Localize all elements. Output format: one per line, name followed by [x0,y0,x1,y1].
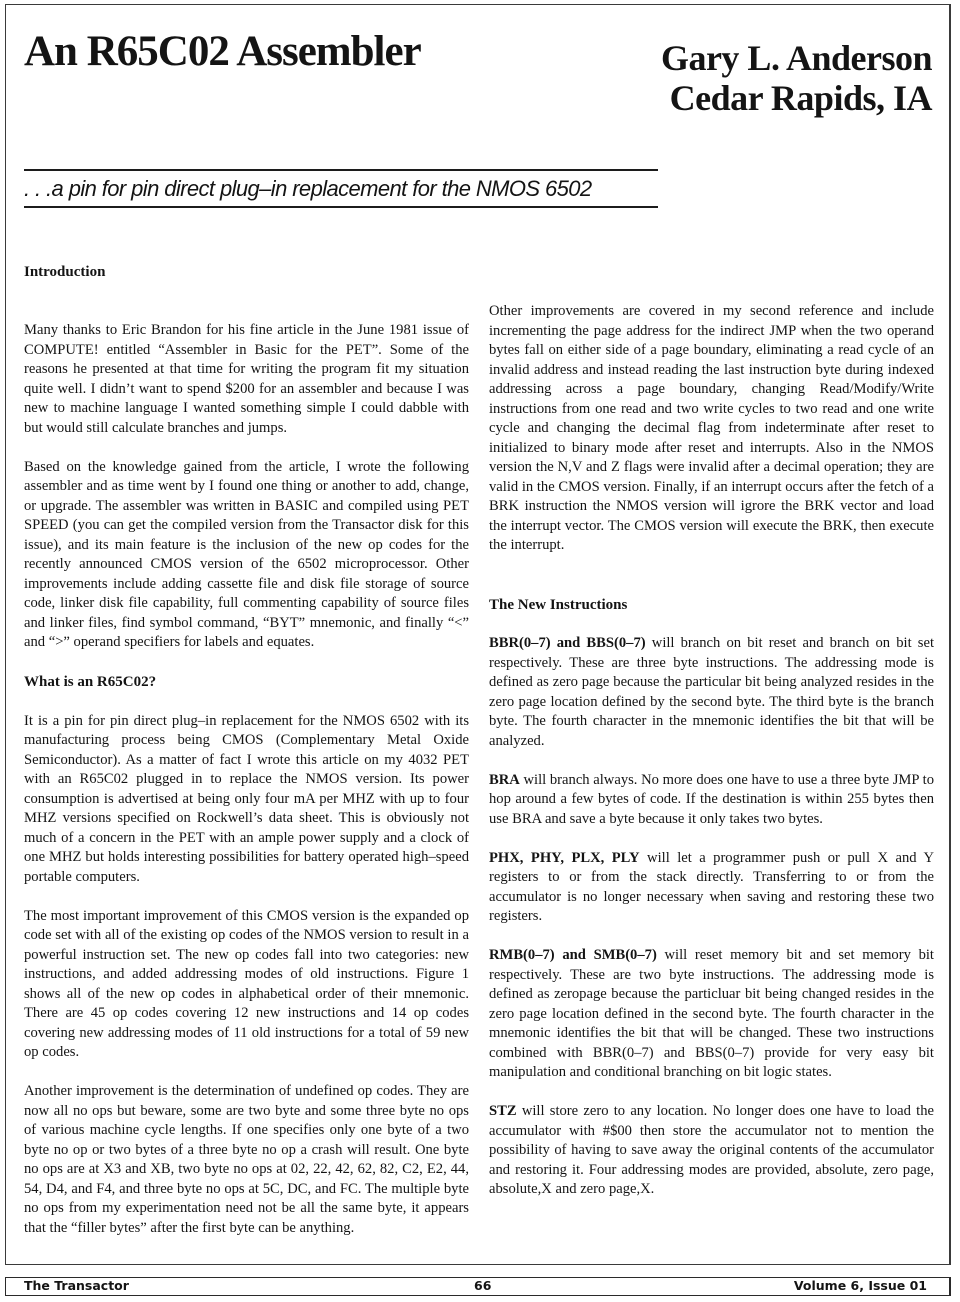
instruction-text: will branch always. No more does one hav… [489,772,934,827]
paragraph: Another improvement is the determination… [24,1082,469,1238]
article-title: An R65C02 Assembler [24,30,421,73]
paragraph: It is a pin for pin direct plug–in repla… [24,712,469,888]
instruction-paragraph-bbr-bbs: BBR(0–7) and BBS(0–7) will branch on bit… [489,634,934,751]
instruction-text: will reset memory bit and set memory bit… [489,947,934,1080]
tagline: . . .a pin for pin direct plug–in replac… [24,175,658,203]
tagline-rule-bottom [24,206,658,208]
right-column: Other improvements are covered in my sec… [489,302,934,1219]
page-number: 66 [474,1278,491,1294]
instruction-paragraph-bra: BRA will branch always. No more does one… [489,771,934,830]
paragraph: Other improvements are covered in my sec… [489,302,934,556]
section-heading-what-is-r65c02: What is an R65C02? [24,672,469,692]
mnemonic: RMB(0–7) and SMB(0–7) [489,947,657,963]
section-heading-new-instructions: The New Instructions [489,595,934,615]
mnemonic: BBR(0–7) and BBS(0–7) [489,635,646,651]
paragraph: Many thanks to Eric Brandon for his fine… [24,321,469,438]
left-column: Introduction Many thanks to Eric Brandon… [24,262,469,1258]
instruction-text: will branch on bit reset and branch on b… [489,635,934,749]
tagline-rule-top [24,169,658,171]
mnemonic: STZ [489,1103,517,1119]
author-block: Gary L. Anderson Cedar Rapids, IA [661,38,932,118]
section-heading-introduction: Introduction [24,262,469,282]
author-name: Gary L. Anderson [661,38,932,78]
instruction-text: will store zero to any location. No long… [489,1103,934,1197]
page-footer: The Transactor 66 Volume 6, Issue 01 [5,1277,951,1296]
paragraph: Based on the knowledge gained from the a… [24,458,469,653]
issue-label: Volume 6, Issue 01 [794,1278,927,1294]
instruction-paragraph-phx-phy-plx-ply: PHX, PHY, PLX, PLY will let a programmer… [489,849,934,927]
author-location: Cedar Rapids, IA [661,78,932,118]
publication-name: The Transactor [24,1278,129,1294]
mnemonic: BRA [489,772,520,788]
paragraph: The most important improvement of this C… [24,907,469,1063]
instruction-paragraph-rmb-smb: RMB(0–7) and SMB(0–7) will reset memory … [489,946,934,1083]
mnemonic: PHX, PHY, PLX, PLY [489,850,640,866]
instruction-paragraph-stz: STZ will store zero to any location. No … [489,1102,934,1200]
